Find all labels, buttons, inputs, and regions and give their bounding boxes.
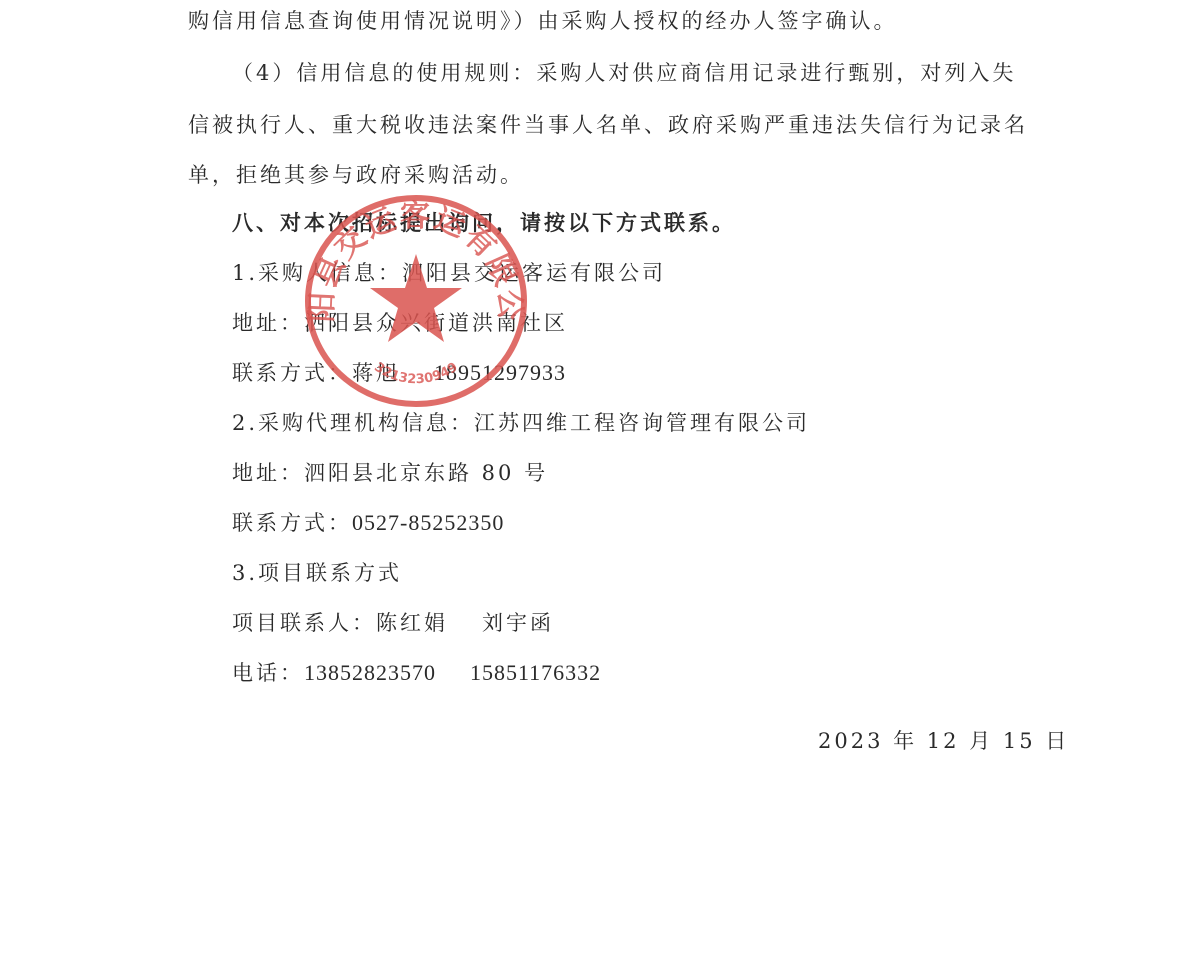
project-contact-1: 陈红娟: [376, 611, 448, 635]
document-date: 2023 年 12 月 15 日: [818, 726, 1069, 756]
paragraph-credit-rules: （4）信用信息的使用规则：采购人对供应商信用记录进行甄别，对列入失: [232, 58, 1016, 88]
project-contact-2: 刘宇函: [482, 611, 554, 635]
project-phones: 电话：1385282357015851176332: [232, 658, 601, 688]
purchaser-contact-label: 联系方式：: [232, 361, 352, 385]
purchaser-info: 1.采购人信息：泗阳县交运客运有限公司: [232, 258, 666, 288]
project-phone-1: 13852823570: [304, 660, 436, 685]
purchaser-contact: 联系方式：蒋旭18951297933: [232, 358, 566, 388]
project-contacts-label: 项目联系人：: [232, 611, 376, 635]
purchaser-label: 1.采购人信息：: [232, 261, 402, 285]
purchaser-address-label: 地址：: [232, 311, 304, 335]
agency-label: 2.采购代理机构信息：: [232, 411, 474, 435]
project-contact-heading: 3.项目联系方式: [232, 558, 402, 588]
paragraph-credit-rules-end: 单，拒绝其参与政府采购活动。: [188, 160, 524, 190]
section-heading: 八、对本次招标提出询问，请按以下方式联系。: [232, 208, 736, 238]
agency-address-value: 泗阳县北京东路 80 号: [304, 461, 548, 485]
paragraph-credit-confirm: 购信用信息查询使用情况说明》）由采购人授权的经办人签字确认。: [188, 6, 898, 36]
purchaser-address-value: 泗阳县众兴街道洪南社区: [304, 311, 568, 335]
paragraph-credit-rules-cont: 信被执行人、重大税收违法案件当事人名单、政府采购严重违法失信行为记录名: [188, 110, 1028, 140]
project-phone-label: 电话：: [232, 661, 304, 685]
agency-contact-label: 联系方式：: [232, 511, 352, 535]
agency-contact-phone: 0527-85252350: [352, 510, 504, 535]
purchaser-address: 地址：泗阳县众兴街道洪南社区: [232, 308, 568, 338]
purchaser-contact-person: 蒋旭: [352, 361, 400, 385]
agency-contact: 联系方式：0527-85252350: [232, 508, 504, 538]
purchaser-name: 泗阳县交运客运有限公司: [402, 261, 666, 285]
project-phone-2: 15851176332: [470, 660, 601, 685]
agency-address: 地址：泗阳县北京东路 80 号: [232, 458, 548, 488]
agency-info: 2.采购代理机构信息：江苏四维工程咨询管理有限公司: [232, 408, 810, 438]
agency-address-label: 地址：: [232, 461, 304, 485]
purchaser-contact-phone: 18951297933: [434, 360, 566, 385]
agency-name: 江苏四维工程咨询管理有限公司: [474, 411, 810, 435]
project-contacts: 项目联系人：陈红娟刘宇函: [232, 608, 554, 638]
